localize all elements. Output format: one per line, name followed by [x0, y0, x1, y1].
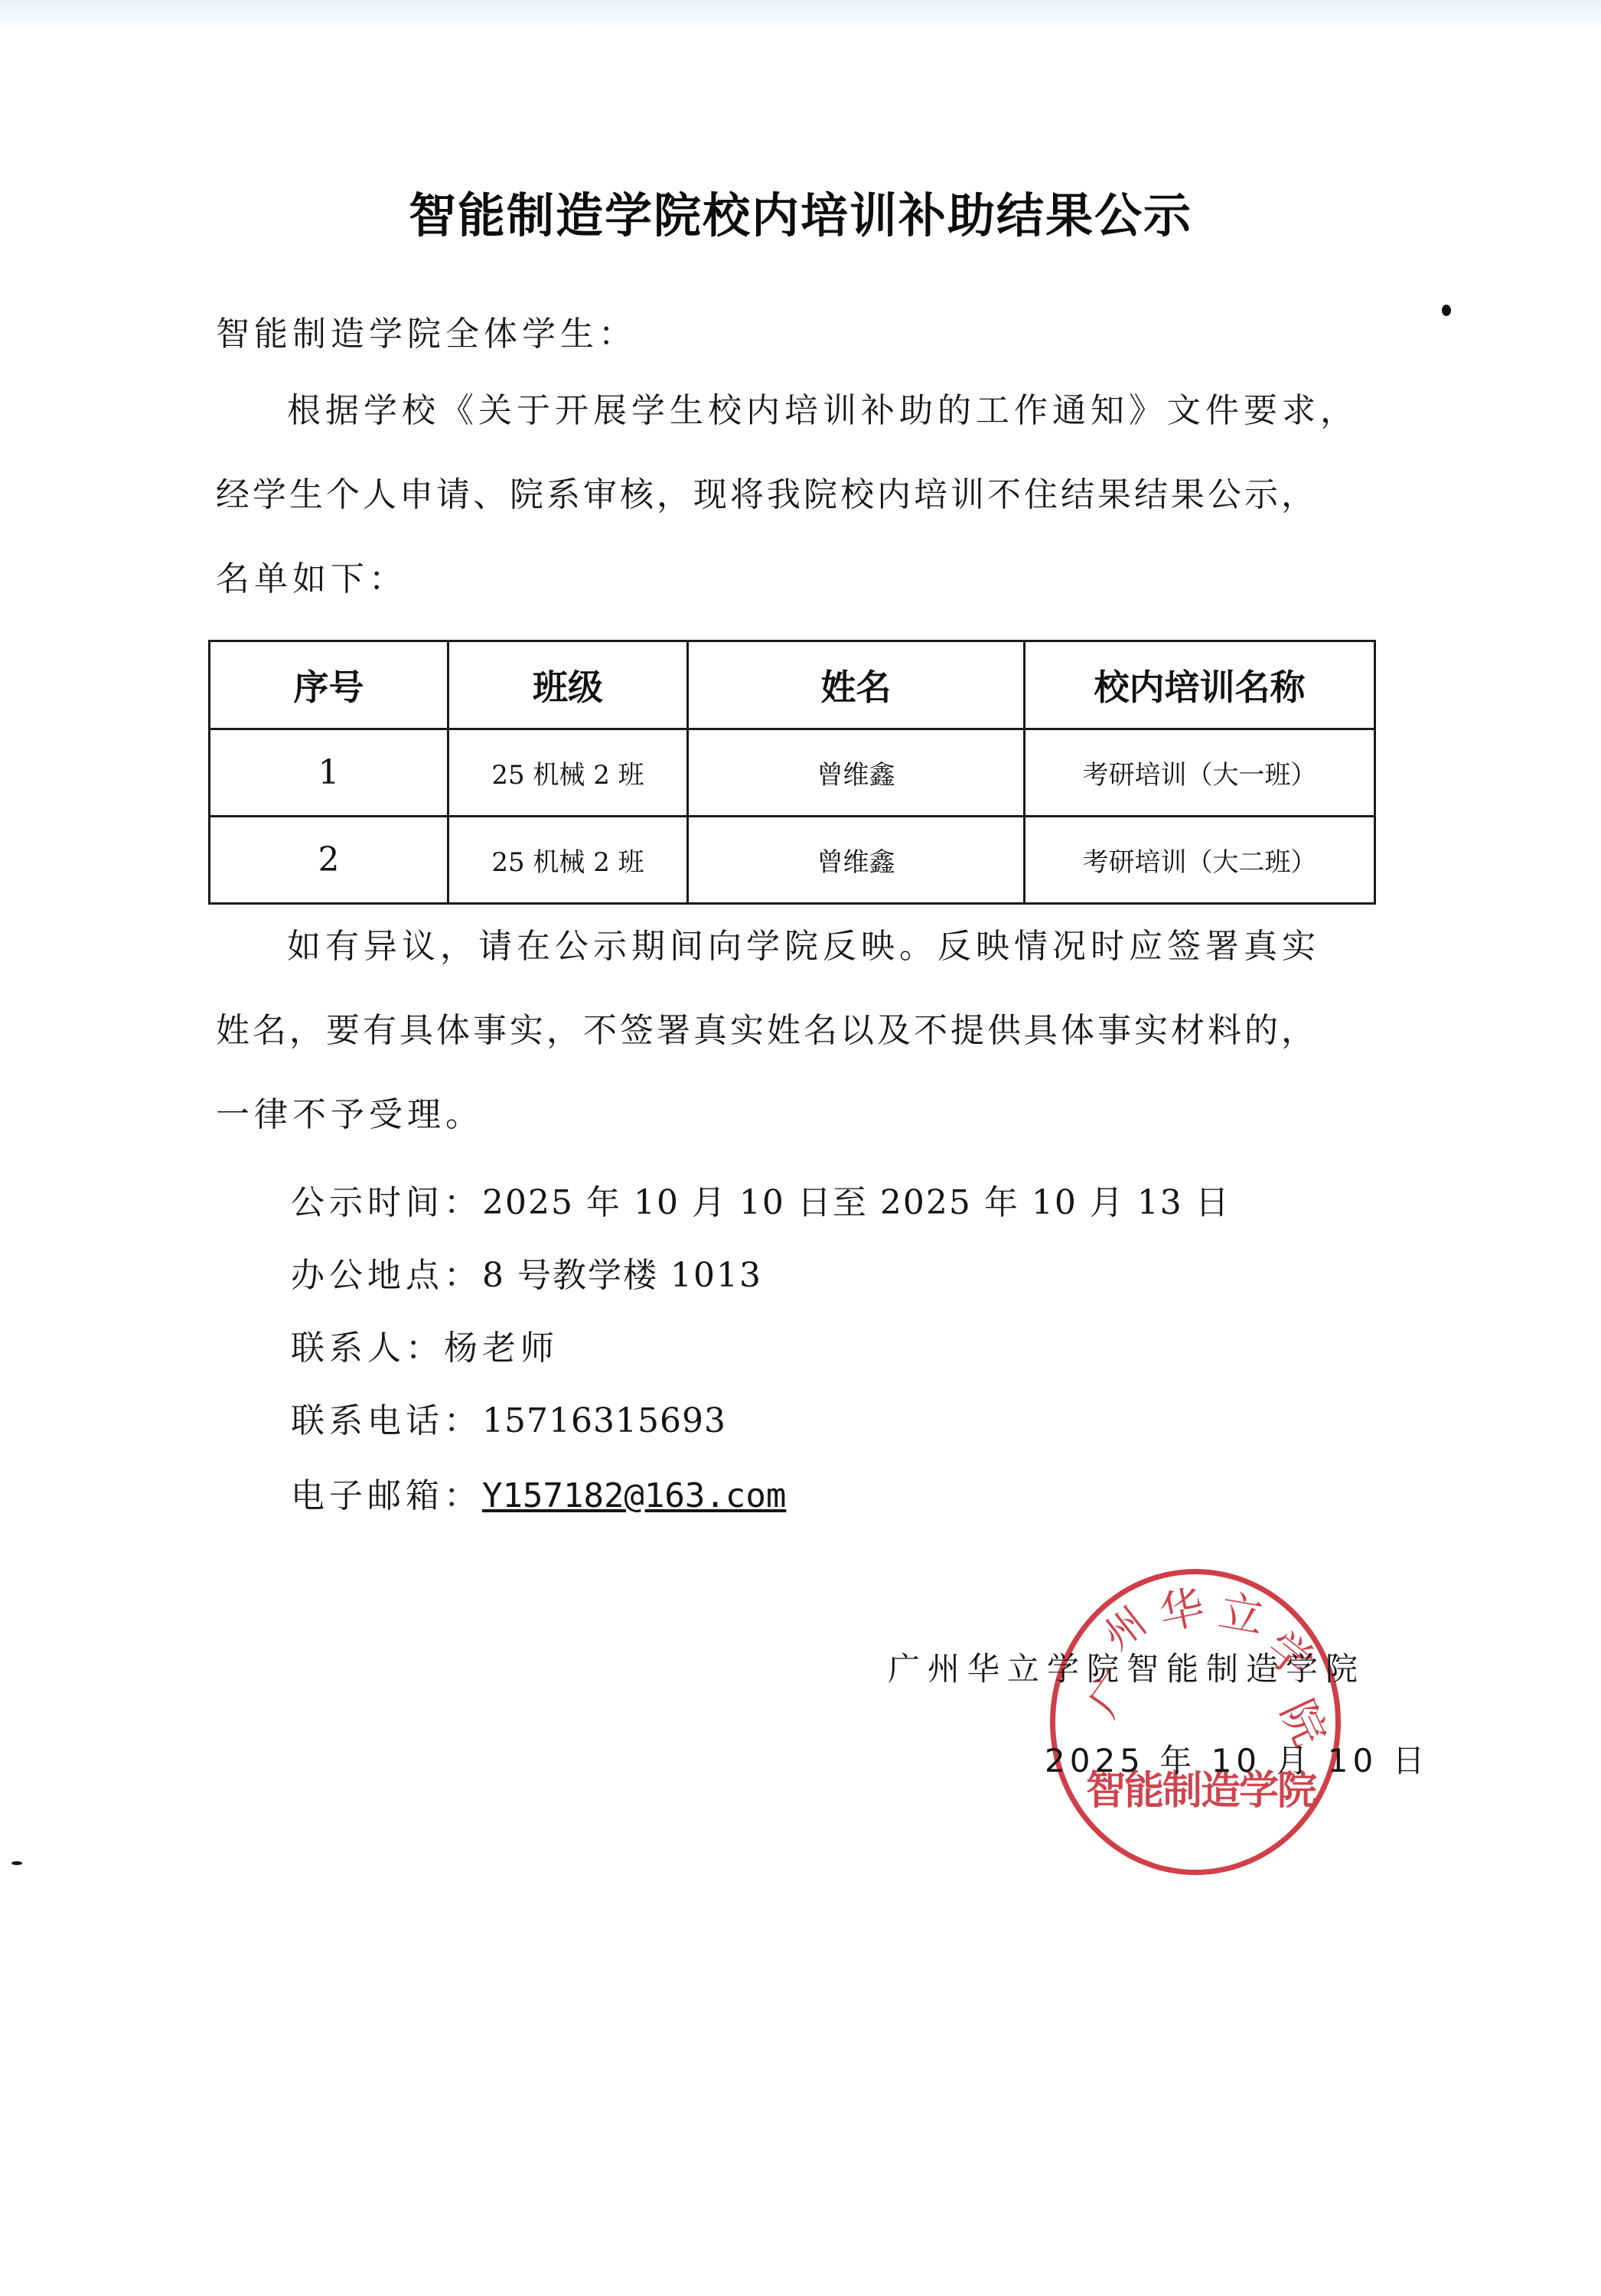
seal-char: 立 — [1215, 1575, 1270, 1646]
phone-row: 联系电话：15716315693 — [291, 1393, 726, 1442]
intro-line-3: 名单如下： — [216, 551, 407, 600]
notice-line-1: 如有异议，请在公示期间向学院反映。反映情况时应签署真实 — [287, 918, 1320, 967]
header-name: 姓名 — [688, 641, 1025, 729]
contact-row: 联系人：杨老师 — [291, 1320, 559, 1369]
scan-speck — [1442, 305, 1451, 316]
signature-org: 广州华立学院智能制造学院 — [888, 1644, 1365, 1690]
cell-training: 考研培训（大一班） — [1025, 729, 1375, 817]
seal-char: 华 — [1153, 1570, 1209, 1642]
phone-value: 15716315693 — [482, 1401, 726, 1440]
office-label: 办公地点： — [291, 1256, 482, 1295]
cell-class: 25 机械 2 班 — [448, 817, 688, 904]
office-row: 办公地点：8 号教学楼 1013 — [291, 1247, 762, 1296]
contact-value: 杨老师 — [444, 1329, 559, 1368]
cell-index: 1 — [210, 729, 448, 817]
email-label: 电子邮箱： — [291, 1476, 482, 1515]
table-header-row: 序号 班级 姓名 校内培训名称 — [210, 641, 1375, 729]
period-label: 公示时间： — [291, 1183, 482, 1222]
cell-training: 考研培训（大二班） — [1025, 817, 1375, 904]
intro-line-1: 根据学校《关于开展学生校内培训补助的工作通知》文件要求， — [287, 383, 1358, 432]
notice-line-3: 一律不予受理。 — [216, 1087, 484, 1136]
document-title: 智能制造学院校内培训补助结果公示 — [0, 178, 1601, 246]
scan-speck — [11, 1861, 22, 1865]
period-row: 公示时间：2025 年 10 月 10 日至 2025 年 10 月 13 日 — [291, 1175, 1231, 1224]
header-class: 班级 — [448, 641, 688, 729]
table-row: 1 25 机械 2 班 曾维鑫 考研培训（大一班） — [210, 729, 1375, 817]
cell-class: 25 机械 2 班 — [448, 729, 688, 817]
table-row: 2 25 机械 2 班 曾维鑫 考研培训（大二班） — [210, 817, 1375, 904]
scan-artifact — [0, 0, 1601, 31]
period-value: 2025 年 10 月 10 日至 2025 年 10 月 13 日 — [482, 1183, 1231, 1222]
intro-line-2: 经学生个人申请、院系审核，现将我院校内培训不住结果结果公示， — [216, 467, 1318, 516]
email-link[interactable]: Y157182@163.com — [482, 1476, 786, 1515]
header-training: 校内培训名称 — [1025, 641, 1375, 729]
office-value: 8 号教学楼 1013 — [482, 1256, 762, 1295]
contact-label: 联系人： — [291, 1329, 444, 1368]
phone-label: 联系电话： — [291, 1401, 482, 1440]
email-row: 电子邮箱：Y157182@163.com — [291, 1468, 786, 1517]
cell-name: 曾维鑫 — [688, 729, 1025, 817]
results-table: 序号 班级 姓名 校内培训名称 1 25 机械 2 班 曾维鑫 考研培训（大一班… — [208, 640, 1376, 905]
signature-date: 2025 年 10 月 10 日 — [1045, 1736, 1430, 1782]
cell-index: 2 — [210, 817, 448, 904]
header-index: 序号 — [210, 641, 448, 729]
salutation: 智能制造学院全体学生： — [216, 306, 637, 355]
official-seal: 广 州 华 立 学 院 智能制造学院 — [1050, 1569, 1341, 1875]
cell-name: 曾维鑫 — [688, 817, 1025, 904]
notice-line-2: 姓名，要有具体事实，不签署真实姓名以及不提供具体事实材料的， — [216, 1003, 1318, 1052]
